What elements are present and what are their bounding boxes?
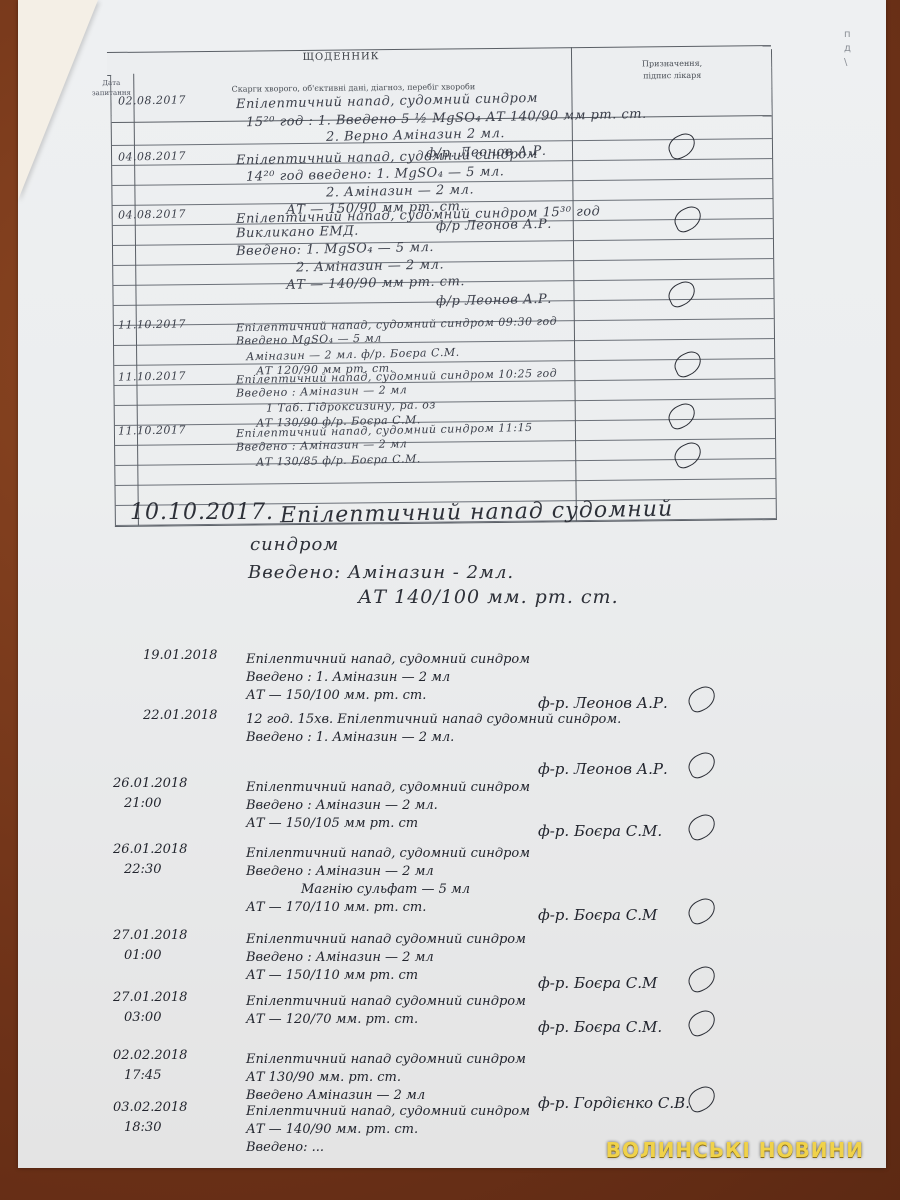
entry-line: АТ — 140/90 мм. рт. ст. — [246, 1122, 418, 1137]
entry-time: 22:30 — [124, 862, 161, 877]
entry-date: 26.01.2018 — [113, 842, 187, 857]
entry-line: Епілептичний напад, судомний синдром — [246, 846, 530, 861]
table-entry-date: 11.10.2017 — [118, 369, 186, 383]
entry-date: 03.02.2018 — [113, 1100, 187, 1115]
entry-date: 19.01.2018 — [143, 648, 217, 663]
entry-line: Введено : 1. Аміназин — 2 мл — [246, 670, 450, 685]
entry-time: 03:00 — [124, 1010, 161, 1025]
table-entry-line: 2. Аміназин — 2 мл. — [326, 182, 474, 200]
entry-time: 21:00 — [124, 796, 161, 811]
entry-line: 12 год. 15хв. Епілептичний напад судомни… — [246, 712, 621, 727]
entry-line: Введено : Аміназин — 2 мл. — [246, 798, 438, 813]
entry-line: Епілептичний напад судомний синдром — [246, 994, 526, 1009]
signature-icon — [685, 683, 720, 715]
diary-page: п д \ ЩОДЕННИК Дата запитання Скарги хво… — [18, 0, 886, 1168]
entry-doctor: ф-р. Боєра С.М. — [538, 822, 662, 840]
signature-icon — [685, 811, 720, 843]
table-entry-date: 04.08.2017 — [118, 207, 186, 221]
signature-icon — [685, 1007, 720, 1039]
entry-doctor: ф-р. Боєра С.М — [538, 974, 657, 992]
entry-line: АТ — 150/110 мм рт. ст — [246, 968, 418, 983]
entry-line: Введено : Аміназин — 2 мл — [246, 864, 434, 879]
entry-line: АТ 130/90 мм. рт. ст. — [246, 1070, 401, 1085]
entry-doctor: ф-р. Леонов А.Р. — [538, 760, 668, 778]
header-date-line1: Дата — [91, 78, 131, 88]
entry-line: Введено : Аміназин — 2 мл — [246, 950, 434, 965]
entry-date: 26.01.2018 — [113, 776, 187, 791]
entry-date: 27.01.2018 — [113, 928, 187, 943]
table-entry-line: ф/р Леонов А.Р. — [436, 292, 552, 309]
entry-line: АТ — 150/105 мм рт. ст — [246, 816, 418, 831]
table-entry-date: 02.08.2017 — [118, 93, 186, 107]
entry-line: Магнію сульфат — 5 мл — [301, 882, 470, 897]
table-entry-date: 11.10.2017 — [118, 317, 186, 331]
signature-icon — [685, 749, 720, 781]
entry-line: Епілептичний напад, судомний синдром — [246, 1104, 530, 1119]
entry-line: Епілептичний напад, судомний синдром — [246, 780, 530, 795]
entry-doctor: ф-р. Боєра С.М. — [538, 1018, 662, 1036]
entry-date: 22.01.2018 — [143, 708, 217, 723]
large-entry-date: 10.10.2017. — [130, 500, 274, 525]
watermark-logo: ВОЛИНСЬКІ НОВИНИ — [606, 1138, 864, 1162]
signature-icon — [685, 895, 720, 927]
table-entry-line: Викликано ЕМД. — [236, 224, 359, 242]
entry-line: Введено : 1. Аміназин — 2 мл. — [246, 730, 454, 745]
header-prescriptions-line2: підпис лікаря — [573, 69, 771, 83]
entry-doctor: ф-р. Боєра С.М — [538, 906, 657, 924]
large-entry-line: АТ 140/100 мм. рт. ст. — [358, 586, 619, 608]
table-entry-date: 04.08.2017 — [118, 149, 186, 163]
entry-date: 02.02.2018 — [113, 1048, 187, 1063]
entry-date: 27.01.2018 — [113, 990, 187, 1005]
entry-line: Епілептичний напад судомний синдром — [246, 932, 526, 947]
table-entry-line: 2. Аміназин — 2 мл. — [296, 257, 444, 275]
large-entry-line: Введено: Аміназин - 2мл. — [248, 562, 514, 583]
column-divider-date — [133, 74, 139, 526]
entry-line: Епілептичний напад судомний синдром — [246, 1052, 526, 1067]
large-entry-line: синдром — [250, 534, 339, 555]
entry-doctor: ф-р. Гордієнко С.В. — [538, 1094, 690, 1112]
entry-line: Введено: ... — [246, 1140, 324, 1155]
folded-sheet-corner — [18, 0, 98, 200]
signature-icon — [685, 963, 720, 995]
entry-line: Епілептичний напад, судомний синдром — [246, 652, 530, 667]
entry-line: АТ — 170/110 мм. рт. ст. — [246, 900, 426, 915]
table-entry-date: 11.10.2017 — [118, 423, 186, 437]
entry-line: АТ — 120/70 мм. рт. ст. — [246, 1012, 418, 1027]
header-prescriptions: Призначення, підпис лікаря — [573, 57, 771, 83]
entry-time: 01:00 — [124, 948, 161, 963]
margin-marks: п д \ — [844, 28, 851, 70]
entry-doctor: ф-р. Леонов А.Р. — [538, 694, 668, 712]
entry-time: 18:30 — [124, 1120, 161, 1135]
entry-line: АТ — 150/100 мм. рт. ст. — [246, 688, 426, 703]
entry-time: 17:45 — [124, 1068, 161, 1083]
entry-line: Введено Аміназин — 2 мл — [246, 1088, 425, 1103]
